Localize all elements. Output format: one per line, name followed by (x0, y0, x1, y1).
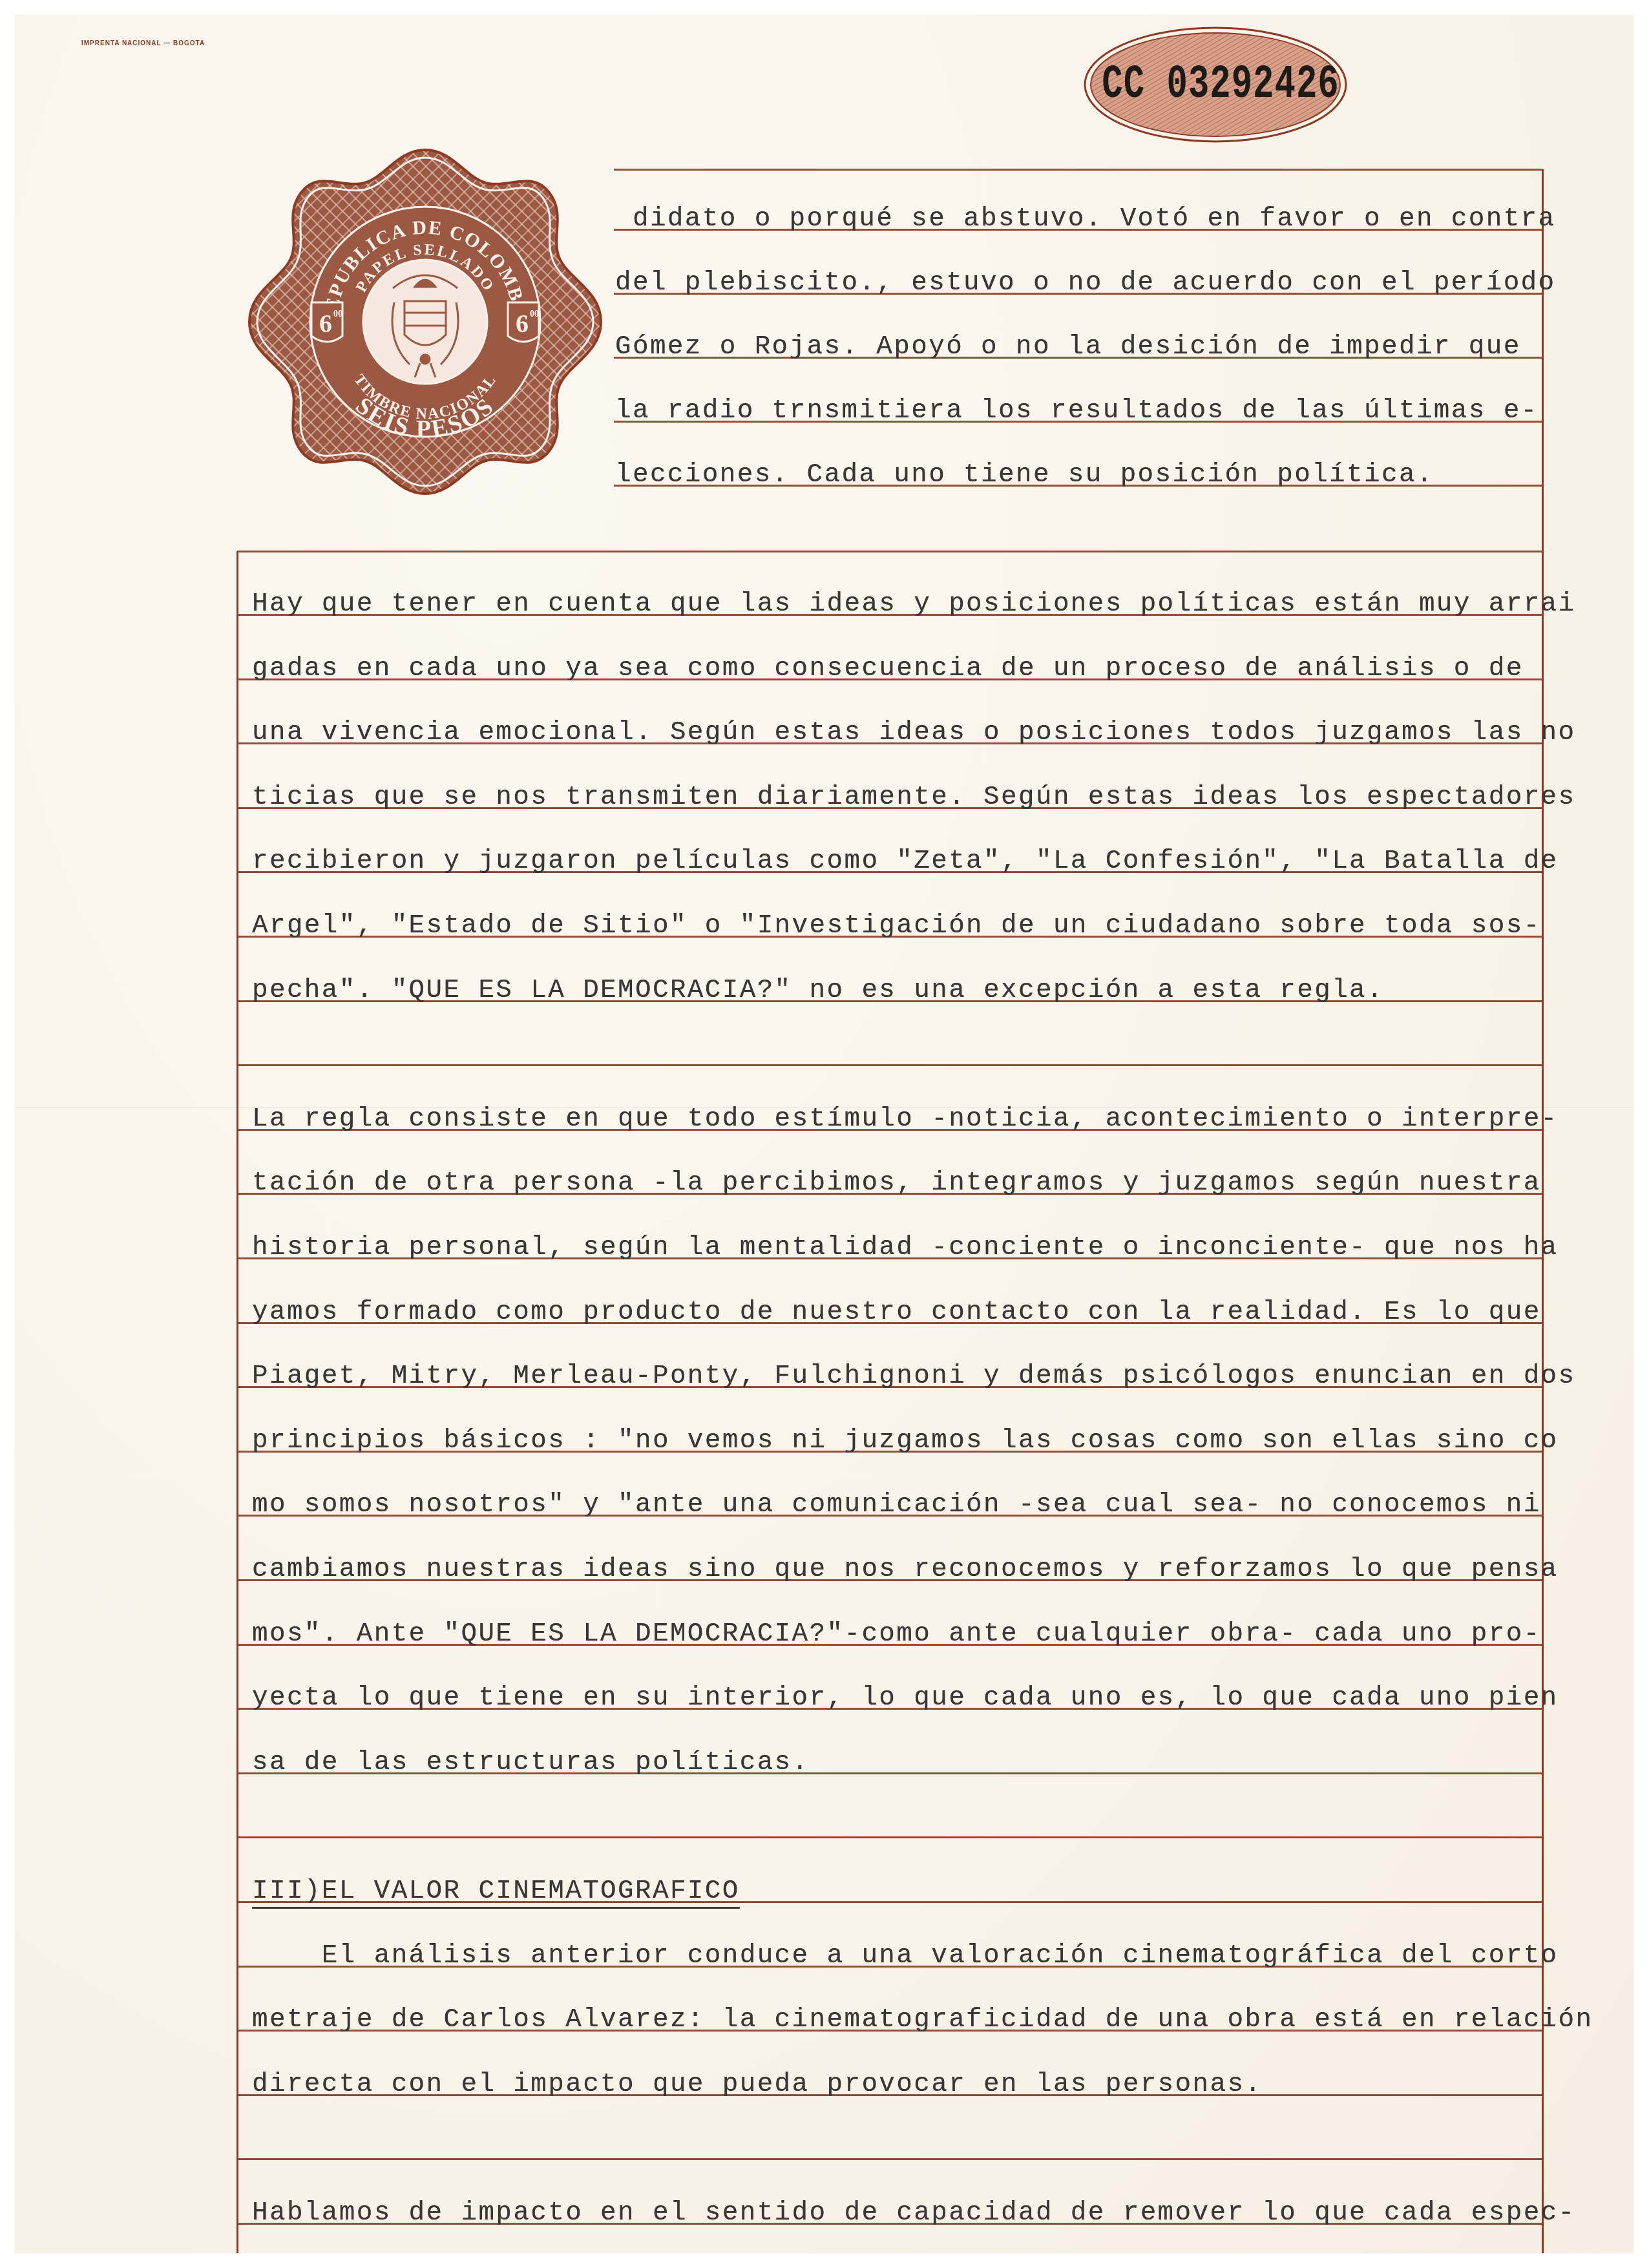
ruled-line (237, 1836, 1542, 1838)
text-line: metraje de Carlos Alvarez: la cinematogr… (252, 2007, 1593, 2033)
text-line: Piaget, Mitry, Merleau-Ponty, Fulchignon… (252, 1363, 1576, 1390)
svg-text:6: 6 (516, 309, 529, 338)
serial-number-badge: CC 03292426 (1083, 25, 1348, 145)
denomination-right: 6 00 (508, 302, 539, 342)
text-line: didato o porqué se abstuvo. Votó en favo… (615, 206, 1556, 233)
text-line: tación de otra persona -la percibimos, i… (252, 1170, 1541, 1197)
stamp-seal-icon: REPUBLICA DE COLOMBIA PAPEL SELLADO TIMB… (240, 141, 610, 503)
text-line: cambiamos nuestras ideas sino que nos re… (252, 1557, 1559, 1583)
svg-text:6: 6 (319, 309, 332, 338)
text-line: El análisis anterior conduce a una valor… (252, 1943, 1559, 1969)
text-line: Gómez o Rojas. Apoyó o no la desición de… (615, 334, 1521, 361)
text-line: una vivencia emocional. Según estas idea… (252, 720, 1576, 746)
ruled-line (237, 2158, 1542, 2160)
text-line: Argel", "Estado de Sitio" o "Investigaci… (252, 913, 1541, 940)
text-line: La regla consiste en que todo estímulo -… (252, 1106, 1559, 1133)
ruled-line (237, 1064, 1542, 1066)
text-line: yamos formado como producto de nuestro c… (252, 1299, 1541, 1326)
text-line: yecta lo que tiene en su interior, lo qu… (252, 1685, 1559, 1712)
text-line: historia personal, según la mentalidad -… (252, 1235, 1559, 1261)
text-line: recibieron y juzgaron películas como "Ze… (252, 848, 1559, 875)
svg-text:00: 00 (333, 310, 342, 319)
text-line: ticias que se nos transmiten diariamente… (252, 784, 1576, 811)
text-line: sa de las estructuras políticas. (252, 1750, 810, 1776)
top-box-line (614, 169, 1542, 171)
text-line: la radio trnsmitiera los resultados de l… (615, 398, 1539, 425)
text-line: pecha". "QUE ES LA DEMOCRACIA?" no es un… (252, 978, 1384, 1004)
text-line: del plebiscito., estuvo o no de acuerdo … (615, 270, 1556, 297)
text-line: Hay que tener en cuenta que las ideas y … (252, 591, 1576, 618)
body-box-top-line (237, 551, 1542, 552)
text-line: lecciones. Cada uno tiene su posición po… (615, 462, 1434, 488)
text-line: Hablamos de impacto en el sentido de cap… (252, 2200, 1576, 2227)
svg-text:00: 00 (530, 310, 539, 319)
section-heading: III)EL VALOR CINEMATOGRAFICO (252, 1878, 740, 1905)
printer-imprint: IMPRENTA NACIONAL — BOGOTA (81, 40, 205, 47)
denomination-left: 6 00 (311, 302, 342, 342)
serial-number: CC 03292426 (1083, 3, 1353, 165)
text-line: mos". Ante "QUE ES LA DEMOCRACIA?"-como … (252, 1621, 1541, 1648)
text-line: principios básicos : "no vemos ni juzgam… (252, 1428, 1559, 1454)
text-line: directa con el impacto que pueda provoca… (252, 2072, 1262, 2098)
text-line: mo somos nosotros" y "ante una comunicac… (252, 1492, 1541, 1518)
text-line: gadas en cada uno ya sea como consecuenc… (252, 656, 1524, 682)
papel-sellado-stamp: REPUBLICA DE COLOMBIA PAPEL SELLADO TIMB… (240, 141, 610, 503)
